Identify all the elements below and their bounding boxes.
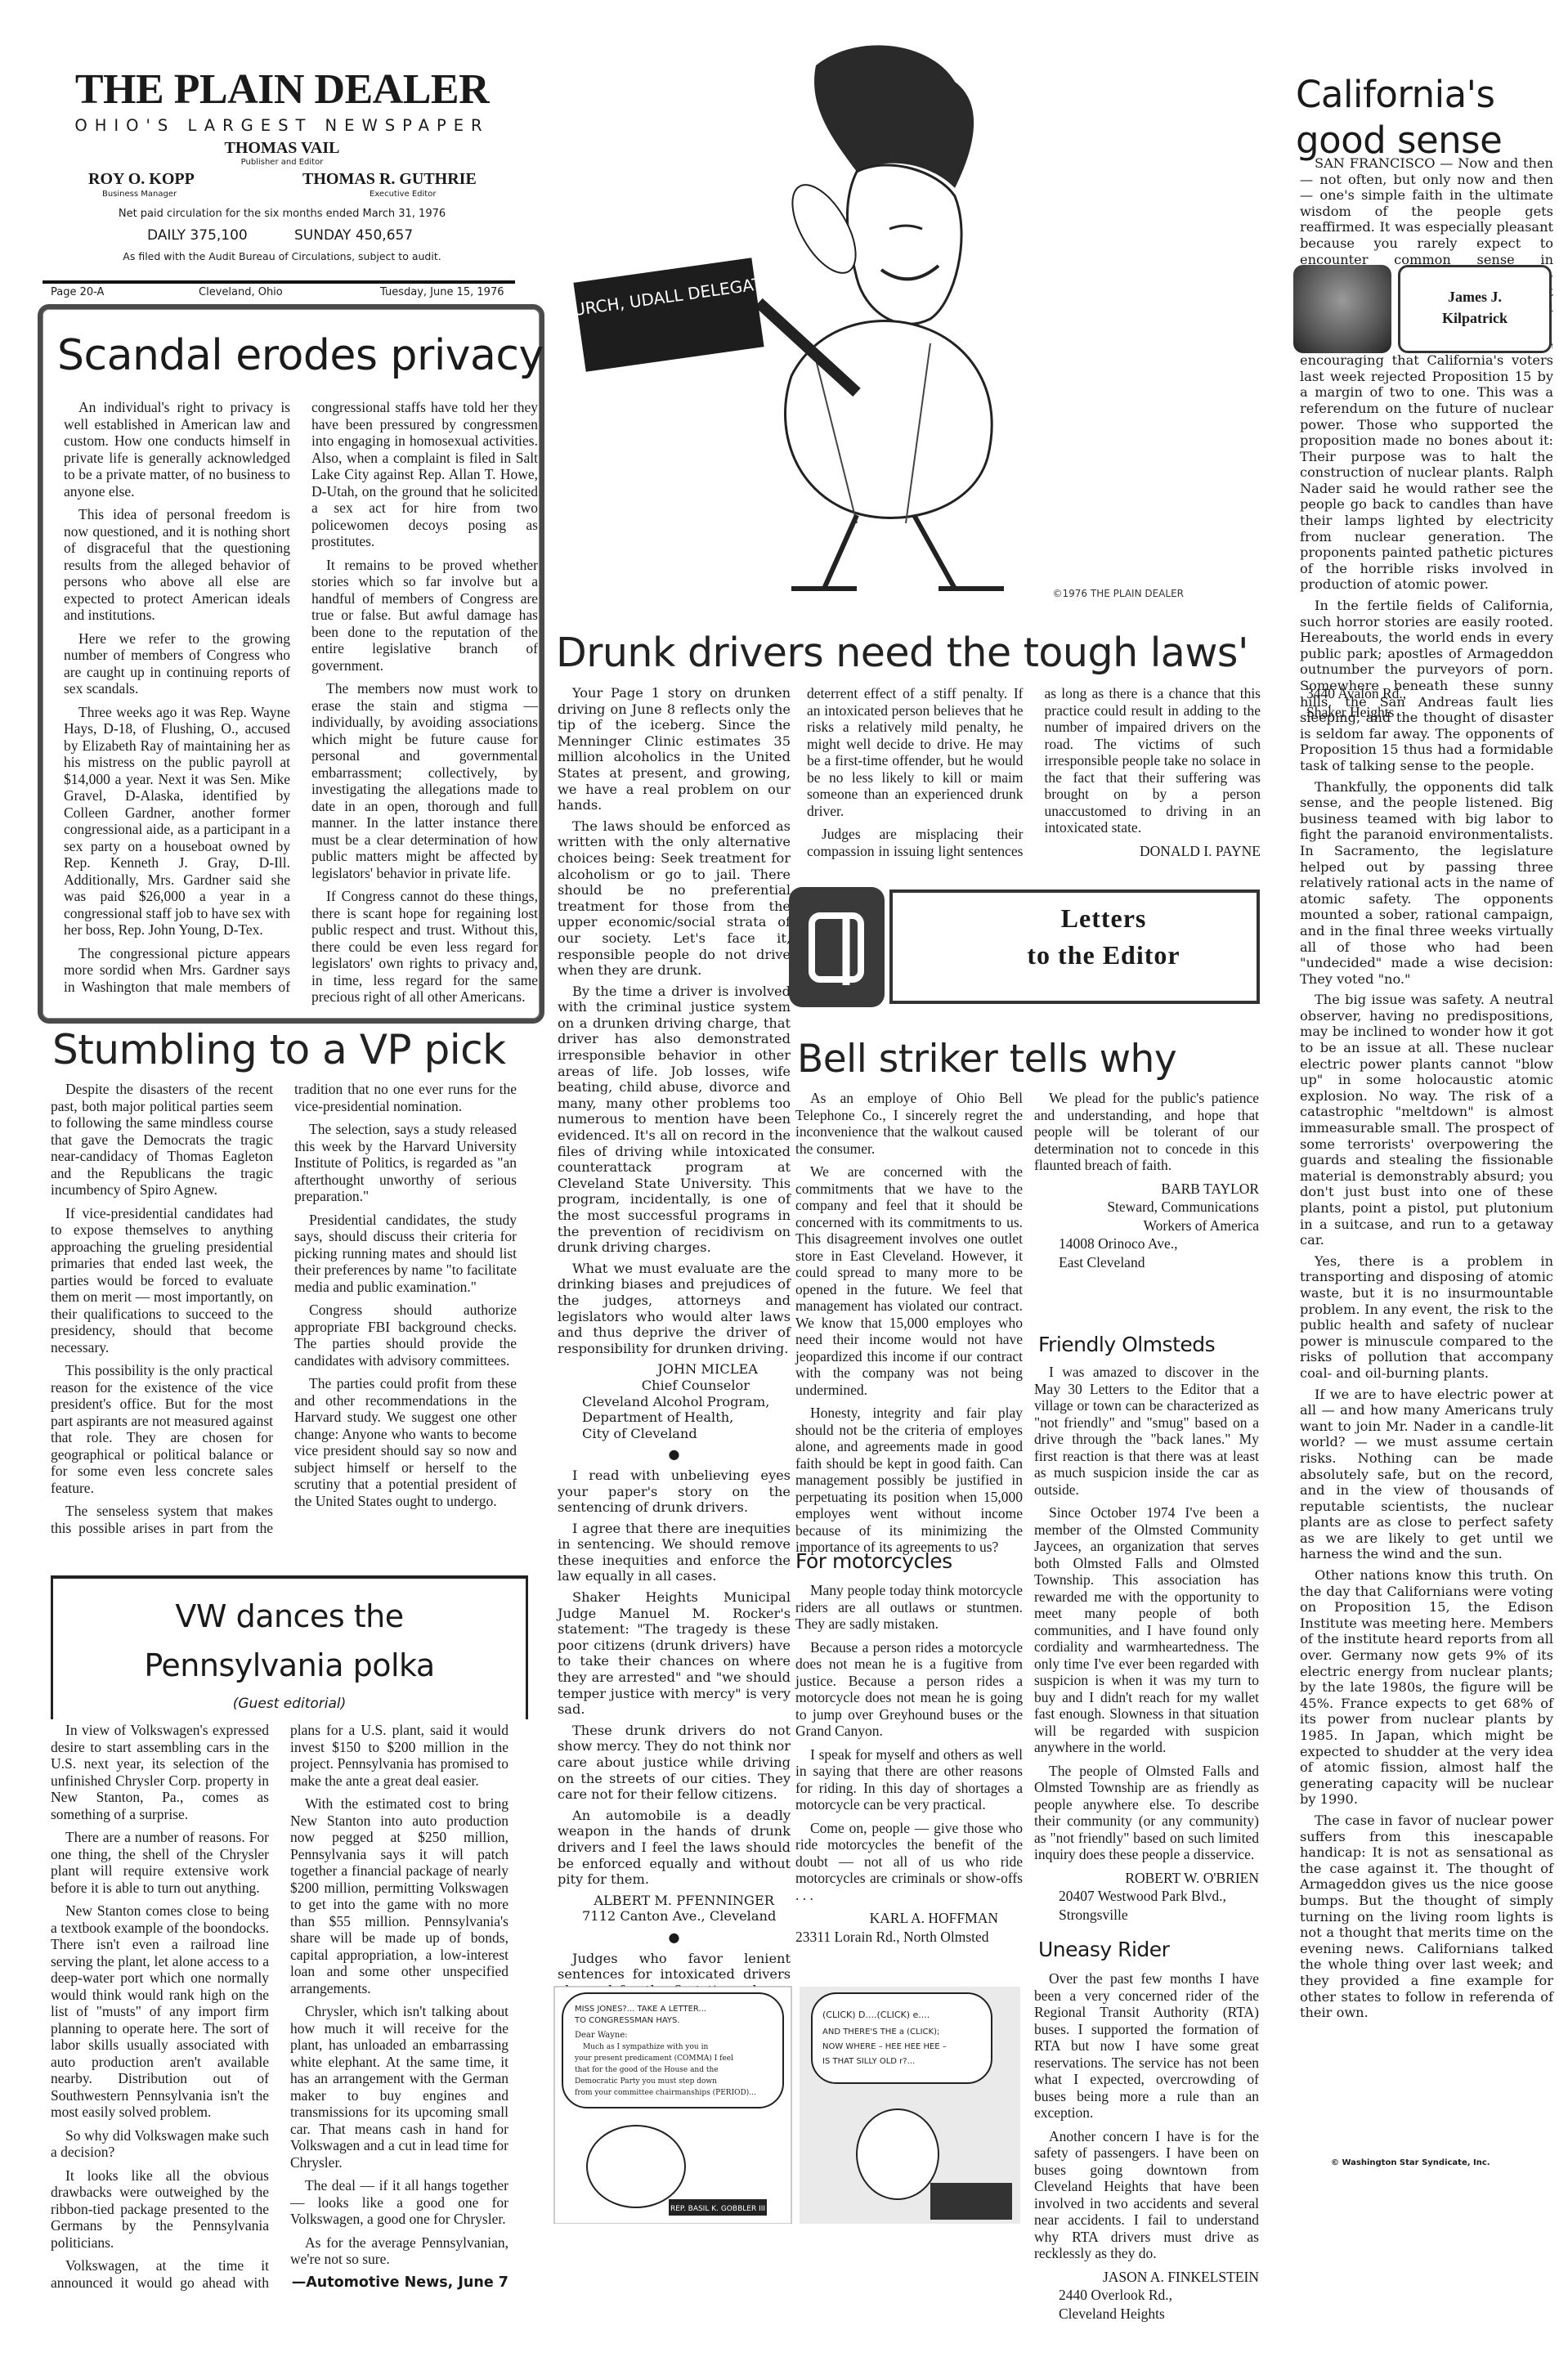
svg-text:MISS JONES?... TAKE A LETTER..: MISS JONES?... TAKE A LETTER... bbox=[575, 2005, 706, 2014]
svg-text:REP. BASIL K. GOBBLER III: REP. BASIL K. GOBBLER III bbox=[670, 2205, 765, 2213]
paragraph: I was amazed to discover in the May 30 L… bbox=[1034, 1364, 1259, 1498]
signature-address: 14008 Orinoco Ave., bbox=[1034, 1235, 1259, 1252]
bullet-separator-icon: ● bbox=[558, 1446, 791, 1463]
paragraph: New Stanton comes close to being a textb… bbox=[51, 1902, 269, 2121]
bell-striker-body-cont: We plead for the public's patience and u… bbox=[1034, 1090, 1259, 1360]
svg-text:(CLICK) D....(CLICK) e....: (CLICK) D....(CLICK) e.... bbox=[822, 2010, 930, 2020]
editorial-cartoon: CHURCH, UDALL DELEGATES ©1976 THE PLAIN … bbox=[546, 33, 1257, 605]
paragraph: With the estimated cost to bring New Sta… bbox=[290, 1795, 508, 1996]
paragraph: Here we refer to the growing number of m… bbox=[64, 630, 290, 697]
folio-date: Tuesday, June 15, 1976 bbox=[380, 286, 504, 298]
paragraph: We are concerned with the commitments th… bbox=[795, 1163, 1023, 1398]
svg-text:your present predicament (COMM: your present predicament (COMMA) I feel bbox=[574, 2054, 733, 2063]
signature-name: JOHN MICLEA bbox=[558, 1361, 791, 1378]
paragraph: These drunk drivers do not show mercy. T… bbox=[558, 1723, 791, 1803]
vw-source: —Automotive News, June 7 bbox=[290, 2274, 508, 2292]
audit-line: As filed with the Audit Bureau of Circul… bbox=[49, 250, 515, 262]
paragraph: Despite the disasters of the recent past… bbox=[51, 1081, 273, 1199]
signature-name: KARL A. HOFFMAN bbox=[795, 1910, 1023, 1927]
paragraph: If we are to have electric power at all … bbox=[1300, 1387, 1553, 1563]
folio-city: Cleveland, Ohio bbox=[199, 286, 283, 298]
svg-text:Much as I sympathize with you: Much as I sympathize with you in bbox=[583, 2043, 708, 2051]
svg-text:that for the good of the House: that for the good of the House and the bbox=[575, 2066, 719, 2074]
paragraph: By the time a driver is involved with th… bbox=[558, 984, 791, 1256]
paragraph: The case in favor of nuclear power suffe… bbox=[1300, 1813, 1553, 2021]
bottom-cartoon-illustration-icon: MISS JONES?... TAKE A LETTER... TO CONGR… bbox=[546, 1978, 1028, 2224]
cartoon-illustration-icon: CHURCH, UDALL DELEGATES ©1976 THE PLAIN … bbox=[546, 33, 1257, 605]
motorcycles-body: Many people today think motorcycle rider… bbox=[795, 1582, 1023, 1934]
svg-text:TO CONGRESSMAN HAYS.: TO CONGRESSMAN HAYS. bbox=[574, 2016, 680, 2025]
signature-title: Steward, Communications bbox=[1034, 1199, 1259, 1216]
paragraph: The people of Olmsted Falls and Olmsted … bbox=[1034, 1763, 1259, 1863]
paragraph: This possibility is the only practical r… bbox=[51, 1362, 273, 1496]
paragraph: As for the average Pennsylvanian, we're … bbox=[290, 2234, 508, 2268]
vw-subhead: (Guest editorial) bbox=[51, 1696, 528, 1712]
paragraph: Shaker Heights Municipal Judge Manuel M.… bbox=[558, 1589, 791, 1718]
paragraph: Your Page 1 story on drunken driving on … bbox=[558, 685, 791, 813]
california-headline: California's good sense bbox=[1296, 72, 1557, 164]
paragraph: Honesty, integrity and fair play should … bbox=[795, 1405, 1023, 1556]
circulation-daily: DAILY 375,100 bbox=[147, 227, 248, 244]
paragraph: Come on, people — give those who ride mo… bbox=[795, 1820, 1023, 1904]
bottom-cartoon: MISS JONES?... TAKE A LETTER... TO CONGR… bbox=[546, 1978, 1028, 2224]
paragraph: An automobile is a deadly weapon in the … bbox=[558, 1808, 791, 1888]
paragraph: Thankfully, the opponents did talk sense… bbox=[1300, 779, 1553, 988]
paragraph: So why did Volkswagen make such a decisi… bbox=[51, 2127, 269, 2161]
signature-address: 7112 Canton Ave., Cleveland bbox=[558, 1908, 791, 1925]
signature-address: 20407 Westwood Park Blvd., bbox=[1034, 1888, 1259, 1905]
business-manager-role: Business Manager bbox=[102, 190, 177, 199]
vw-headline-line1: VW dances the bbox=[51, 1598, 528, 1634]
california-body: SAN FRANCISCO — Now and then — not often… bbox=[1300, 155, 1553, 2330]
signature-address: Cleveland Heights bbox=[1034, 2306, 1259, 2323]
paragraph: As an employe of Ohio Bell Telephone Co.… bbox=[795, 1090, 1023, 1157]
circulation-sunday: SUNDAY 450,657 bbox=[294, 227, 413, 244]
vp-body: Despite the disasters of the recent past… bbox=[51, 1081, 517, 1571]
paragraph: I agree that there are inequities in sen… bbox=[558, 1521, 791, 1584]
svg-text:Dear Wayne:: Dear Wayne: bbox=[575, 2031, 628, 2040]
masthead-tagline: OHIO'S LARGEST NEWSPAPER bbox=[49, 116, 515, 135]
paragraph: If vice-presidential candidates had to e… bbox=[51, 1205, 273, 1356]
signature-title: Workers of America bbox=[1034, 1217, 1259, 1235]
vw-headline-line2: Pennsylvania polka bbox=[51, 1647, 528, 1683]
paragraph: The laws should be enforced as written w… bbox=[558, 818, 791, 979]
business-manager-name: ROY O. KOPP bbox=[88, 170, 195, 189]
paragraph: Many people today think motorcycle rider… bbox=[795, 1582, 1023, 1633]
bullet-separator-icon: ● bbox=[558, 1929, 791, 1946]
drunk-drivers-col1: Your Page 1 story on drunken driving on … bbox=[558, 685, 791, 1993]
paragraph: It was therefore all the more encouragin… bbox=[1300, 337, 1553, 594]
svg-text:NOW WHERE – HEE HEE HEE –: NOW WHERE – HEE HEE HEE – bbox=[822, 2042, 947, 2051]
masthead-rule bbox=[43, 280, 515, 284]
circulation-line: Net paid circulation for the six months … bbox=[49, 208, 515, 220]
publisher-name: THOMAS VAIL bbox=[49, 139, 515, 158]
scandal-body: An individual's right to privacy is well… bbox=[64, 399, 538, 1010]
executive-editor-name: THOMAS R. GUTHRIE bbox=[302, 170, 477, 189]
paragraph: Since October 1974 I've been a member of… bbox=[1034, 1504, 1259, 1756]
signature-org: Cleveland Alcohol Program, bbox=[558, 1394, 791, 1410]
paragraph: Other nations know this truth. On the da… bbox=[1300, 1567, 1553, 1808]
paragraph: It remains to be proved whether stories … bbox=[311, 557, 538, 674]
olmsteds-headline: Friendly Olmsteds bbox=[1038, 1333, 1215, 1356]
letters-banner-line2: to the Editor bbox=[956, 940, 1251, 970]
paragraph: The selection, says a study released thi… bbox=[294, 1121, 517, 1205]
plain-dealer-logo-icon bbox=[789, 887, 885, 1007]
drunk-drivers-headline: Drunk drivers need the tough laws' bbox=[556, 630, 1248, 676]
bell-striker-body: As an employe of Ohio Bell Telephone Co.… bbox=[795, 1090, 1023, 1360]
paragraph: Yes, there is a problem in transporting … bbox=[1300, 1253, 1553, 1382]
masthead-title: THE PLAIN DEALER bbox=[49, 65, 515, 114]
paragraph: Over the past few months I have been a v… bbox=[1034, 1970, 1259, 2122]
paragraph: If Congress cannot do these things, ther… bbox=[311, 888, 538, 1006]
svg-text:©1976 THE PLAIN DEALER: ©1976 THE PLAIN DEALER bbox=[1053, 588, 1184, 599]
svg-text:from your committee chairmansh: from your committee chairmanships (PERIO… bbox=[575, 2088, 756, 2097]
signature-org: City of Cleveland bbox=[558, 1426, 791, 1442]
olmsteds-body: I was amazed to discover in the May 30 L… bbox=[1034, 1364, 1259, 1846]
signature-address: East Cleveland bbox=[1034, 1254, 1259, 1271]
svg-text:AND THERE'S THE a (CLICK);: AND THERE'S THE a (CLICK); bbox=[822, 2028, 939, 2037]
signature-name: DONALD I. PAYNE bbox=[1045, 843, 1261, 860]
paragraph: It looks like all the obvious drawbacks … bbox=[51, 2167, 269, 2252]
uneasy-rider-body: Over the past few months I have been a v… bbox=[1034, 1970, 1259, 2355]
vp-headline: Stumbling to a VP pick bbox=[52, 1026, 506, 1073]
svg-text:IS THAT SILLY OLD r?...: IS THAT SILLY OLD r?... bbox=[822, 2057, 915, 2066]
uneasy-rider-headline: Uneasy Rider bbox=[1038, 1938, 1169, 1961]
paragraph: The deal — if it all hangs together — lo… bbox=[290, 2177, 508, 2228]
paragraph: deterrent effect of a stiff penalty. If … bbox=[807, 685, 1024, 819]
paragraph: I speak for myself and others as well in… bbox=[795, 1746, 1023, 1813]
bell-striker-headline: Bell striker tells why bbox=[797, 1037, 1176, 1082]
drunk-drivers-col2-3: deterrent effect of a stiff penalty. If … bbox=[807, 685, 1261, 873]
paragraph: An individual's right to privacy is well… bbox=[64, 399, 290, 500]
paragraph: In the fertile fields of California, suc… bbox=[1300, 598, 1553, 774]
columnist-photo bbox=[1293, 265, 1391, 353]
vw-body: In view of Volkswagen's expressed desire… bbox=[51, 1722, 508, 2343]
signature-org: Department of Health, bbox=[558, 1409, 791, 1426]
scandal-headline: Scandal erodes privacy bbox=[57, 331, 544, 380]
signature-address: Strongsville bbox=[1034, 1907, 1259, 1924]
paragraph: In view of Volkswagen's expressed desire… bbox=[51, 1722, 269, 1822]
paragraph: Presidential candidates, the study says,… bbox=[294, 1212, 517, 1296]
motorcycles-headline: For motorcycles bbox=[795, 1549, 952, 1573]
paragraph: What we must evaluate are the drinking b… bbox=[558, 1261, 791, 1357]
executive-editor-role: Executive Editor bbox=[370, 190, 436, 199]
folio-page: Page 20-A bbox=[51, 286, 104, 298]
publisher-role: Publisher and Editor bbox=[49, 158, 515, 167]
signature-name: ALBERT M. PFENNINGER bbox=[558, 1893, 791, 1909]
columnist-first-name: James J. bbox=[1400, 289, 1549, 306]
paragraph: Chrysler, which isn't talking about how … bbox=[290, 2003, 508, 2171]
syndicate-credit: © Washington Star Syndicate, Inc. bbox=[1331, 2158, 1490, 2167]
columnist-namebox: James J. Kilpatrick bbox=[1398, 265, 1552, 353]
letters-banner-line1: Letters bbox=[956, 903, 1251, 934]
paragraph: Three weeks ago it was Rep. Wayne Hays, … bbox=[64, 704, 290, 939]
paragraph: Congress should authorize appropriate FB… bbox=[294, 1302, 517, 1369]
columnist-last-name: Kilpatrick bbox=[1400, 310, 1549, 327]
signature-name: BARB TAYLOR bbox=[1034, 1181, 1259, 1198]
paragraph: This idea of personal freedom is now que… bbox=[64, 506, 290, 624]
paragraph: The members now must work to erase the s… bbox=[311, 680, 538, 881]
paragraph: Another concern I have is for the safety… bbox=[1034, 2128, 1259, 2262]
signature-name: ROBERT W. O'BRIEN bbox=[1034, 1870, 1259, 1887]
signature-title: Chief Counselor bbox=[558, 1378, 791, 1394]
paragraph: The parties could profit from these and … bbox=[294, 1375, 517, 1509]
paragraph: I read with unbelieving eyes your paper'… bbox=[558, 1468, 791, 1516]
signature-address: 2440 Overlook Rd., bbox=[1034, 2287, 1259, 2304]
signature-address: 23311 Lorain Rd., North Olmsted bbox=[795, 1929, 1023, 1946]
paragraph: There are a number of reasons. For one t… bbox=[51, 1829, 269, 1896]
paragraph: The big issue was safety. A neutral obse… bbox=[1300, 992, 1553, 1248]
paragraph: Because a person rides a motorcycle does… bbox=[795, 1639, 1023, 1740]
svg-text:Democratic Party you must step: Democratic Party you must step down bbox=[575, 2077, 717, 2086]
paragraph: We plead for the public's patience and u… bbox=[1034, 1090, 1259, 1174]
columnist-byline-box: James J. Kilpatrick bbox=[1293, 265, 1552, 353]
signature-name: JASON A. FINKELSTEIN bbox=[1034, 2269, 1259, 2286]
